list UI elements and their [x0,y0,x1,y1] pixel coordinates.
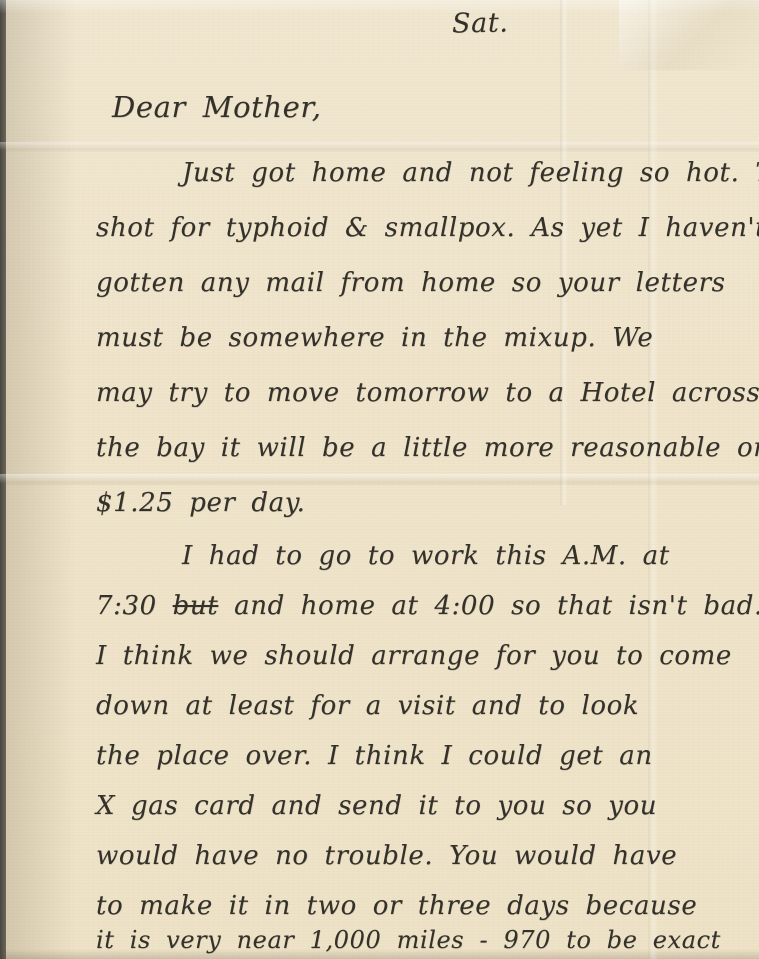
letter-line: I had to go to work this A.M. at [96,531,721,581]
letter-paragraph: I had to go to work this A.M. at7:30 but… [96,531,721,959]
letter-text-segment: 7:30 [96,591,173,621]
letter-body: Just got home and not feeling so hot. To… [96,146,721,959]
letter-text-segment: and home at 4:00 so that isn't bad. [218,591,759,621]
letter-line: must be somewhere in the mixup. We [96,311,721,366]
letter-line: $1.25 per day. [96,476,721,531]
letter-text-segment: it is very near 1,000 miles - 970 to be … [96,926,721,954]
letter-line: X gas card and send it to you so you [96,781,721,831]
letter-line: the bay it will be a little more reasona… [96,421,721,476]
letter-line: Just got home and not feeling so hot. To… [96,146,721,201]
letter-text-segment: down at least for a visit and to look [96,691,639,721]
letter-line: may try to move tomorrow to a Hotel acro… [96,366,721,421]
letter-text-segment: the place over. I think I could get an [96,741,653,771]
scanned-letter-page: Sat. Dear Mother, Just got home and not … [0,0,759,959]
letter-text-segment: I think we should arrange for you to com… [96,641,732,671]
letter-date: Sat. [452,8,509,40]
letter-text-segment: may try to move tomorrow to a Hotel acro… [96,378,759,408]
letter-paragraph: Just got home and not feeling so hot. To… [96,146,721,531]
letter-text-segment: I had to go to work this A.M. at [182,541,670,571]
letter-text-segment: must be somewhere in the mixup. We [96,323,653,353]
letter-line: down at least for a visit and to look [96,681,721,731]
letter-line: the place over. I think I could get an [96,731,721,781]
letter-text-segment: the bay it will be a little more reasona… [96,433,759,463]
letter-line: would have no trouble. You would have [96,831,721,881]
letter-salutation: Dear Mother, [112,90,322,124]
letter-line: 7:30 but and home at 4:00 so that isn't … [96,581,721,631]
letter-text-segment: gotten any mail from home so your letter… [96,268,726,298]
letter-line: shot for typhoid & smallpox. As yet I ha… [96,201,721,256]
letter-text-segment: would have no trouble. You would have [96,841,677,871]
letter-text-segment: Just got home and not feeling so hot. To… [182,158,759,188]
letter-line: I think we should arrange for you to com… [96,631,721,681]
letter-text-segment: shot for typhoid & smallpox. As yet I ha… [96,213,759,243]
corner-crease [619,0,759,70]
letter-text-segment: X gas card and send it to you so you [96,791,657,821]
struck-out-word: but [173,591,219,621]
letter-line: gotten any mail from home so your letter… [96,256,721,311]
letter-text-segment: $1.25 per day. [96,488,305,518]
letter-line: it is very near 1,000 miles - 970 to be … [96,915,721,959]
